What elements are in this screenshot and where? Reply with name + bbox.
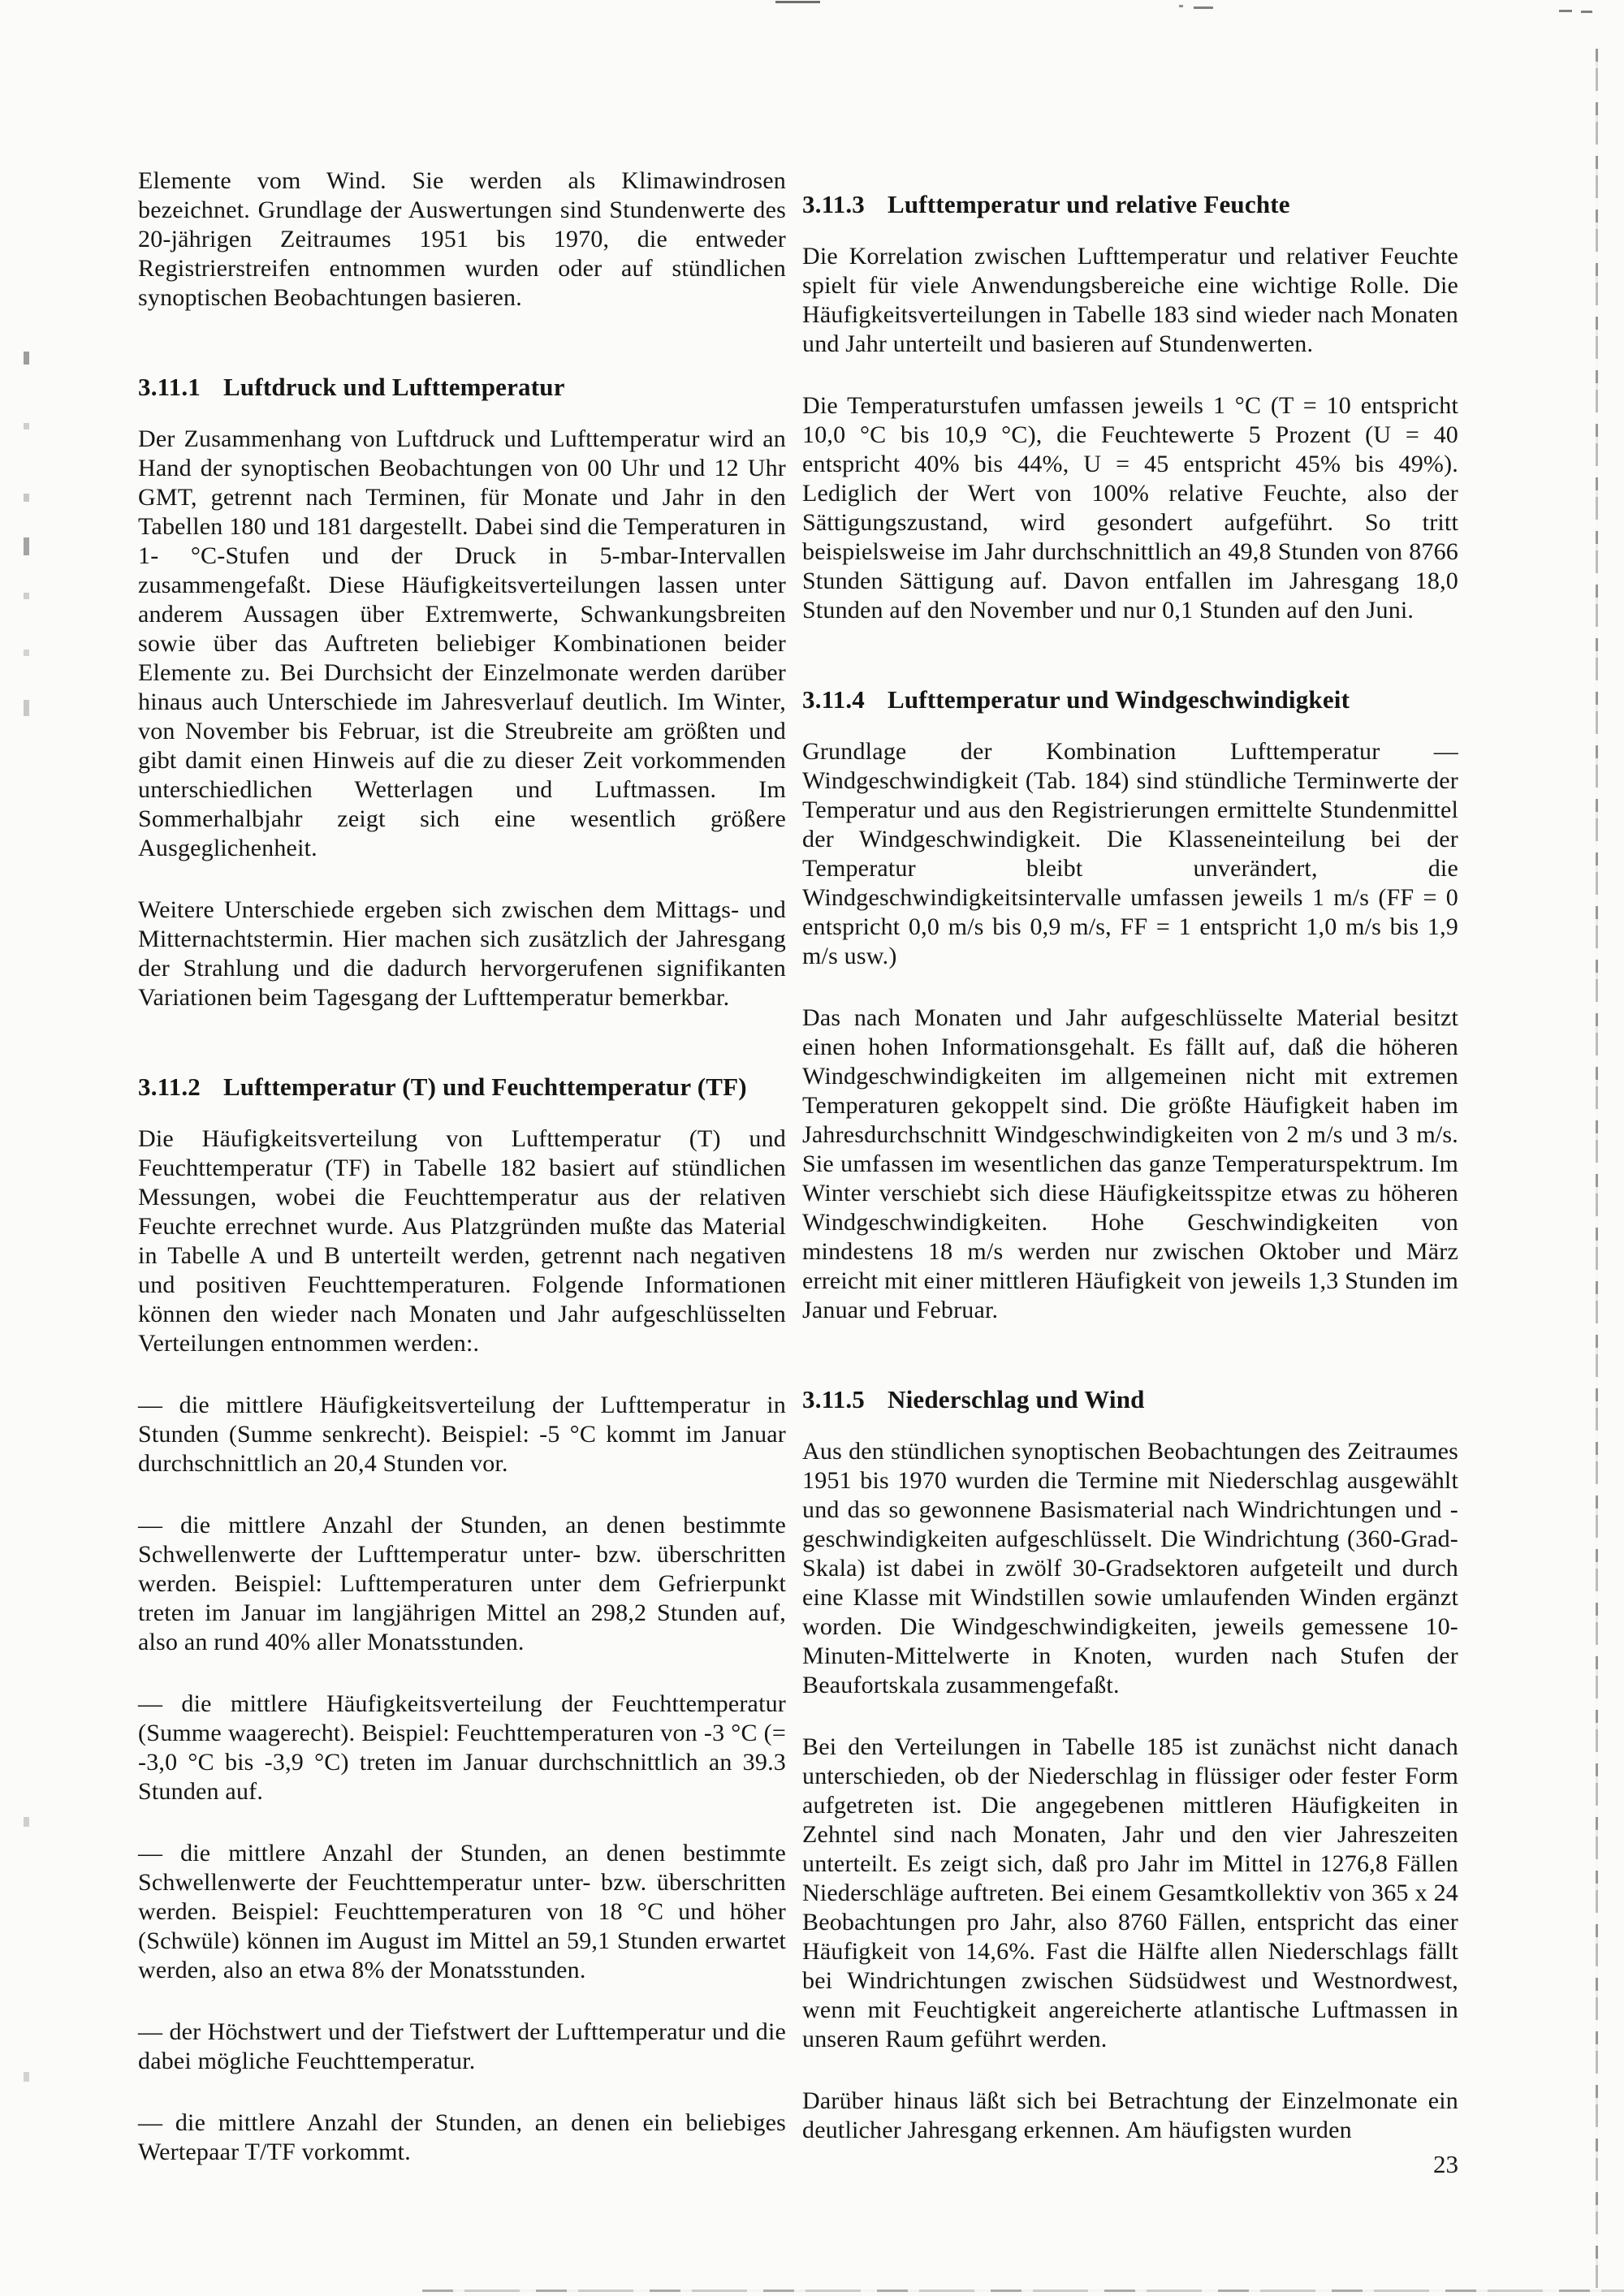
list-item: — die mittlere Anzahl der Stunden, an de… [138,1839,786,1985]
paragraph: Die Häufigkeitsverteilung von Lufttemper… [138,1124,786,1358]
page-number: 23 [802,2150,1458,2179]
section-number: 3.11.1 [138,373,201,401]
paragraph: Bei den Verteilungen in Tabelle 185 ist … [802,1733,1458,2054]
section-number: 3.11.4 [802,685,865,714]
paragraph: Das nach Monaten und Jahr aufgeschlüssel… [802,1003,1458,1325]
scan-artifact-left-tick [24,423,29,429]
paragraph: Darüber hinaus läßt sich bei Betrachtung… [802,2087,1458,2145]
paragraph: Die Temperaturstufen umfassen jeweils 1 … [802,391,1458,625]
scan-artifact-left-tick [24,352,29,365]
scan-artifact-top-dash [1194,6,1213,9]
scan-artifact-left-tick [24,700,29,716]
section-number: 3.11.5 [802,1385,865,1413]
scanned-book-page: Elemente vom Wind. Sie werden als Klimaw… [0,0,1624,2296]
scan-artifact-left-tick [24,537,29,555]
paragraph: Die Korrelation zwischen Lufttemperatur … [802,242,1458,359]
section-title: Lufttemperatur und Windgeschwindigkeit [888,685,1350,714]
list-item: — die mittlere Anzahl der Stunden, an de… [138,2108,786,2167]
section-heading-3-11-5: 3.11.5Niederschlag und Wind [802,1383,1458,1416]
scan-artifact-top-dash [1559,10,1572,12]
section-title: Lufttemperatur und relative Feuchte [888,190,1290,218]
scan-artifact-left-tick [24,1817,29,1827]
section-number: 3.11.3 [802,190,865,218]
scan-artifact-left-tick [24,593,29,599]
scan-artifact-top-dash [1581,11,1592,13]
paragraph: Weitere Unterschiede ergeben sich zwisch… [138,896,786,1012]
intro-paragraph: Elemente vom Wind. Sie werden als Klimaw… [138,166,786,313]
paragraph: Aus den stündlichen synoptischen Beobach… [802,1437,1458,1700]
scan-artifact-left-tick [24,650,29,656]
section-title: Niederschlag und Wind [888,1385,1145,1413]
left-column: Elemente vom Wind. Sie werden als Klimaw… [138,166,786,2167]
paragraph: Der Zusammenhang von Luftdruck und Luftt… [138,425,786,863]
scan-artifact-bottom-edge-line [422,2290,1624,2292]
list-item: — die mittlere Häufigkeitsverteilung der… [138,1690,786,1806]
section-title: Lufttemperatur (T) und Feuchttemperatur … [223,1072,747,1101]
scan-artifact-top-dash [775,1,820,3]
scan-artifact-left-tick [24,2072,29,2082]
right-column: 3.11.3Lufttemperatur und relative Feucht… [802,188,1458,2145]
scan-artifact-left-tick [24,494,29,502]
list-item: — die mittlere Häufigkeitsverteilung der… [138,1391,786,1478]
scan-artifact-top-dash [1179,5,1183,7]
paragraph: Grundlage der Kombination Lufttemperatur… [802,737,1458,971]
section-heading-3-11-2: 3.11.2Lufttemperatur (T) und Feuchttempe… [138,1071,786,1103]
section-heading-3-11-1: 3.11.1Luftdruck und Lufttemperatur [138,371,786,404]
section-heading-3-11-4: 3.11.4Lufttemperatur und Windgeschwindig… [802,684,1458,716]
list-item: — der Höchstwert und der Tiefstwert der … [138,2018,786,2076]
list-item: — die mittlere Anzahl der Stunden, an de… [138,1511,786,1657]
section-heading-3-11-3: 3.11.3Lufttemperatur und relative Feucht… [802,188,1458,221]
scan-artifact-right-edge-line [1596,49,1598,2290]
section-title: Luftdruck und Lufttemperatur [223,373,565,401]
section-number: 3.11.2 [138,1072,201,1101]
